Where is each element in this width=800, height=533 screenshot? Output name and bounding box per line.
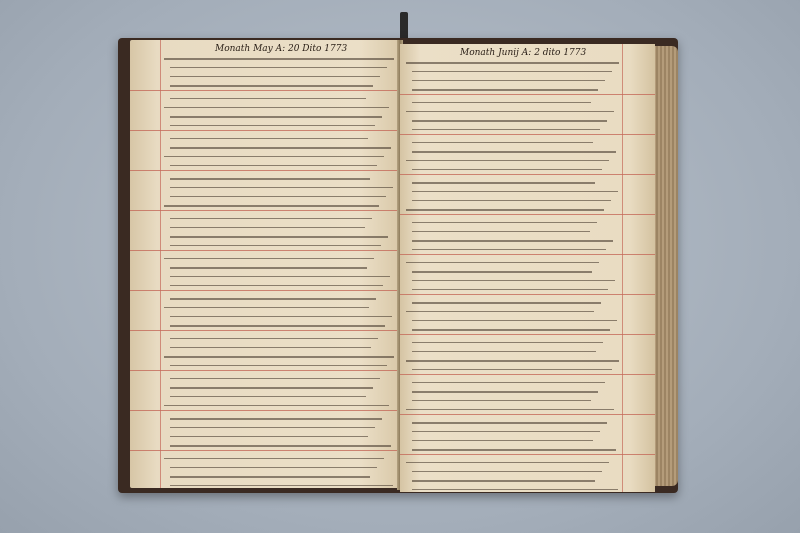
red-rule (400, 134, 655, 135)
handwriting-stroke (170, 298, 376, 300)
handwriting-stroke (412, 289, 608, 290)
handwriting-stroke (412, 471, 602, 472)
handwriting-stroke (170, 467, 377, 468)
handwriting-stroke (412, 440, 593, 441)
left-page: Monath May A: 20 Dito 1773 (130, 40, 400, 488)
handwriting-stroke (412, 71, 612, 72)
handwriting-stroke (412, 480, 595, 482)
handwriting-stroke (412, 102, 591, 103)
handwriting-stroke (170, 276, 390, 277)
handwriting-stroke (412, 351, 596, 352)
handwriting-stroke (412, 449, 616, 451)
margin-rule (622, 44, 623, 492)
red-rule (130, 250, 400, 251)
red-rule (130, 450, 400, 451)
handwriting-stroke (412, 369, 612, 370)
handwriting-stroke (170, 476, 370, 478)
handwriting-stroke (170, 387, 373, 389)
handwriting-stroke (164, 307, 369, 308)
right-page: Monath Junij A: 2 dito 1773 (400, 44, 655, 492)
handwriting-stroke (412, 422, 607, 424)
handwriting-stroke (412, 329, 610, 331)
handwriting-stroke (170, 147, 391, 149)
handwriting-stroke (412, 222, 597, 223)
handwriting-stroke (412, 249, 606, 250)
handwriting-stroke (412, 80, 605, 81)
red-rule (400, 454, 655, 455)
handwriting-stroke (412, 271, 592, 273)
handwriting-stroke (412, 142, 593, 143)
handwriting-stroke (412, 489, 618, 490)
handwriting-stroke (164, 356, 394, 358)
handwriting-stroke (412, 169, 602, 170)
handwriting-stroke (170, 365, 387, 366)
handwriting-stroke (406, 462, 609, 463)
handwriting-stroke (412, 89, 598, 91)
handwriting-stroke (406, 409, 614, 410)
handwriting-stroke (412, 382, 605, 383)
handwriting-stroke (412, 240, 613, 242)
handwriting-stroke (412, 280, 615, 281)
handwriting-stroke (170, 125, 375, 126)
red-rule (130, 130, 400, 131)
handwriting-stroke (170, 325, 385, 327)
handwriting-stroke (412, 200, 611, 201)
red-rule (400, 414, 655, 415)
handwriting-stroke (412, 431, 600, 432)
handwriting-stroke (170, 227, 365, 228)
handwriting-stroke (164, 258, 374, 259)
handwriting-stroke (412, 391, 598, 393)
handwriting-stroke (170, 418, 382, 420)
handwriting-stroke (164, 458, 384, 459)
handwriting-stroke (170, 187, 393, 188)
red-rule (130, 290, 400, 291)
red-rule (400, 294, 655, 295)
left-page-header: Monath May A: 20 Dito 1773 (215, 44, 347, 54)
red-rule (400, 254, 655, 255)
handwriting-stroke (170, 165, 377, 166)
handwriting-stroke (170, 378, 380, 379)
handwriting-stroke (412, 342, 603, 343)
handwriting-stroke (164, 405, 389, 406)
handwriting-stroke (170, 245, 381, 246)
handwriting-stroke (170, 76, 380, 77)
handwriting-stroke (164, 107, 389, 108)
handwriting-stroke (170, 116, 382, 118)
handwriting-stroke (412, 151, 616, 153)
red-rule (130, 410, 400, 411)
handwriting-stroke (170, 67, 387, 68)
right-page-header: Monath Junij A: 2 dito 1773 (460, 48, 586, 58)
red-rule (130, 330, 400, 331)
handwriting-stroke (170, 98, 366, 99)
red-rule (400, 214, 655, 215)
handwriting-stroke (412, 320, 617, 321)
margin-rule (160, 40, 161, 488)
handwriting-stroke (412, 302, 601, 304)
handwriting-stroke (164, 156, 384, 157)
handwriting-stroke (164, 58, 394, 60)
handwriting-stroke (170, 267, 367, 269)
handwriting-stroke (412, 182, 595, 184)
handwriting-stroke (406, 311, 594, 312)
handwriting-stroke (170, 485, 393, 486)
handwriting-stroke (170, 285, 383, 286)
handwriting-stroke (170, 85, 373, 87)
handwriting-stroke (170, 316, 392, 317)
handwriting-stroke (170, 218, 372, 219)
red-rule (130, 370, 400, 371)
handwriting-stroke (170, 396, 366, 397)
handwriting-stroke (412, 191, 618, 192)
handwriting-stroke (412, 400, 591, 401)
handwriting-stroke (406, 160, 609, 161)
handwriting-stroke (170, 347, 371, 348)
handwriting-stroke (170, 445, 391, 447)
red-rule (400, 94, 655, 95)
handwriting-stroke (406, 111, 614, 112)
red-rule (400, 374, 655, 375)
red-rule (400, 174, 655, 175)
red-rule (400, 334, 655, 335)
handwriting-stroke (170, 138, 368, 139)
handwriting-stroke (412, 120, 607, 122)
handwriting-stroke (406, 62, 619, 64)
handwriting-stroke (170, 436, 368, 437)
red-rule (130, 210, 400, 211)
red-rule (130, 170, 400, 171)
handwriting-stroke (170, 427, 375, 428)
handwriting-stroke (412, 231, 590, 232)
handwriting-stroke (170, 178, 370, 180)
red-rule (130, 90, 400, 91)
handwriting-stroke (170, 236, 388, 238)
handwriting-stroke (406, 262, 599, 263)
handwriting-stroke (412, 129, 600, 130)
handwriting-stroke (170, 338, 378, 339)
handwriting-stroke (170, 196, 386, 197)
handwriting-stroke (164, 205, 379, 207)
handwriting-stroke (406, 360, 619, 362)
handwriting-stroke (406, 209, 604, 211)
